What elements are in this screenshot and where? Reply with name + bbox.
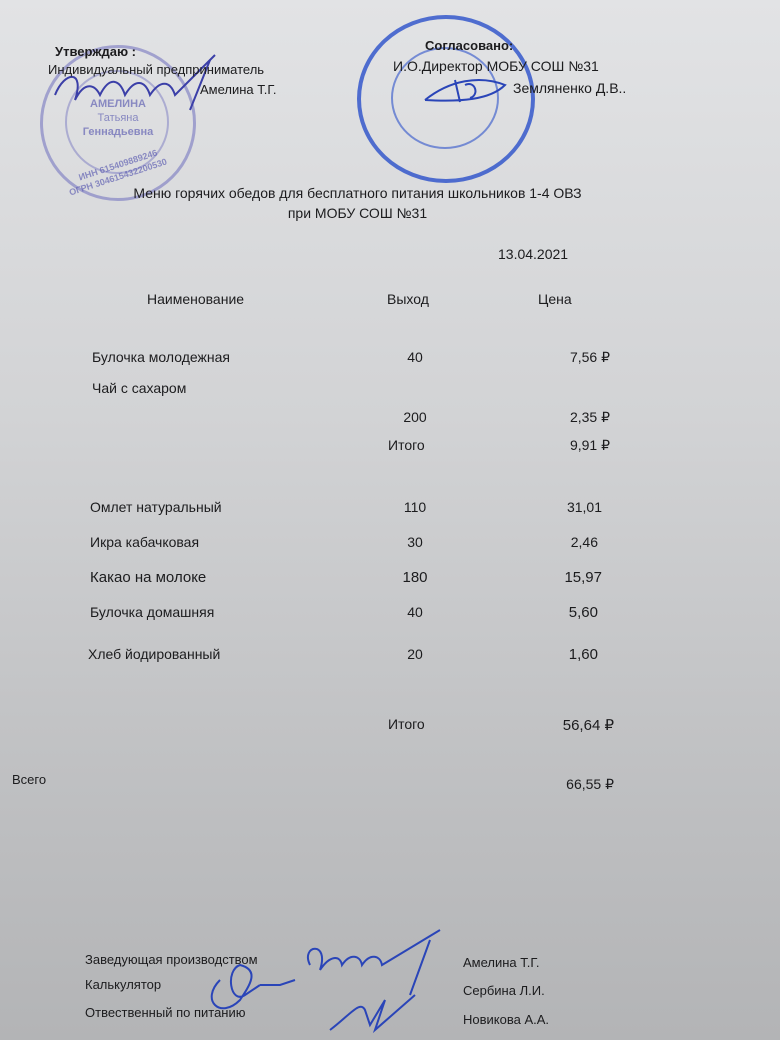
agreed-name: Земляненко Д.В..: [513, 80, 626, 96]
item-name: Какао на молоке: [90, 569, 206, 586]
subtotal-value: 56,64 ₽: [530, 716, 614, 734]
item-price: 15,97: [522, 569, 602, 586]
agreed-heading: Согласовано:: [425, 38, 513, 53]
signature-director: [420, 70, 510, 110]
item-name: Икра кабачковая: [90, 534, 199, 550]
item-qty: 110: [385, 499, 445, 515]
grand-total-value: 66,55 ₽: [530, 776, 614, 793]
item-name: Булочка домашняя: [90, 604, 214, 620]
item-qty: 20: [385, 646, 445, 662]
signer-name: Новикова А.А.: [463, 1012, 549, 1027]
item-price: 31,01: [522, 499, 602, 515]
menu-title: Меню горячих обедов для бесплатного пита…: [0, 185, 715, 201]
menu-subtitle: при МОБУ СОШ №31: [0, 205, 715, 221]
approve-heading: Утверждаю :: [55, 44, 136, 59]
header-price: Цена: [538, 291, 572, 307]
item-price: 7,56 ₽: [530, 349, 610, 366]
item-name: Чай с сахаром: [92, 380, 186, 396]
agreed-position: И.О.Директор МОБУ СОШ №31: [393, 58, 599, 74]
stamp-line: Геннадьевна: [43, 126, 193, 138]
grand-total-label: Всего: [12, 772, 46, 787]
item-price: 2,35 ₽: [530, 409, 610, 426]
signer-name: Сербина Л.И.: [463, 983, 545, 998]
subtotal-label: Итого: [388, 716, 425, 732]
subtotal-label: Итого: [388, 437, 425, 453]
approve-position: Индивидуальный предприниматель: [48, 62, 264, 77]
item-name: Хлеб йодированный: [88, 646, 220, 662]
signer-role: Калькулятор: [85, 977, 161, 992]
item-price: 5,60: [518, 604, 598, 621]
item-name: Омлет натуральный: [90, 499, 222, 515]
item-qty: 40: [385, 349, 445, 365]
item-qty: 180: [385, 569, 445, 586]
item-price: 2,46: [518, 534, 598, 550]
signatures-bottom: [200, 925, 460, 1040]
header-qty: Выход: [387, 291, 429, 307]
item-qty: 30: [385, 534, 445, 550]
menu-date: 13.04.2021: [498, 246, 568, 262]
item-qty: 200: [385, 409, 445, 425]
header-name: Наименование: [147, 291, 244, 307]
signer-name: Амелина Т.Г.: [463, 955, 539, 970]
item-price: 1,60: [518, 646, 598, 663]
item-qty: 40: [385, 604, 445, 620]
subtotal-value: 9,91 ₽: [530, 437, 610, 454]
approve-name: Амелина Т.Г.: [200, 82, 276, 97]
item-name: Булочка молодежная: [92, 349, 230, 365]
